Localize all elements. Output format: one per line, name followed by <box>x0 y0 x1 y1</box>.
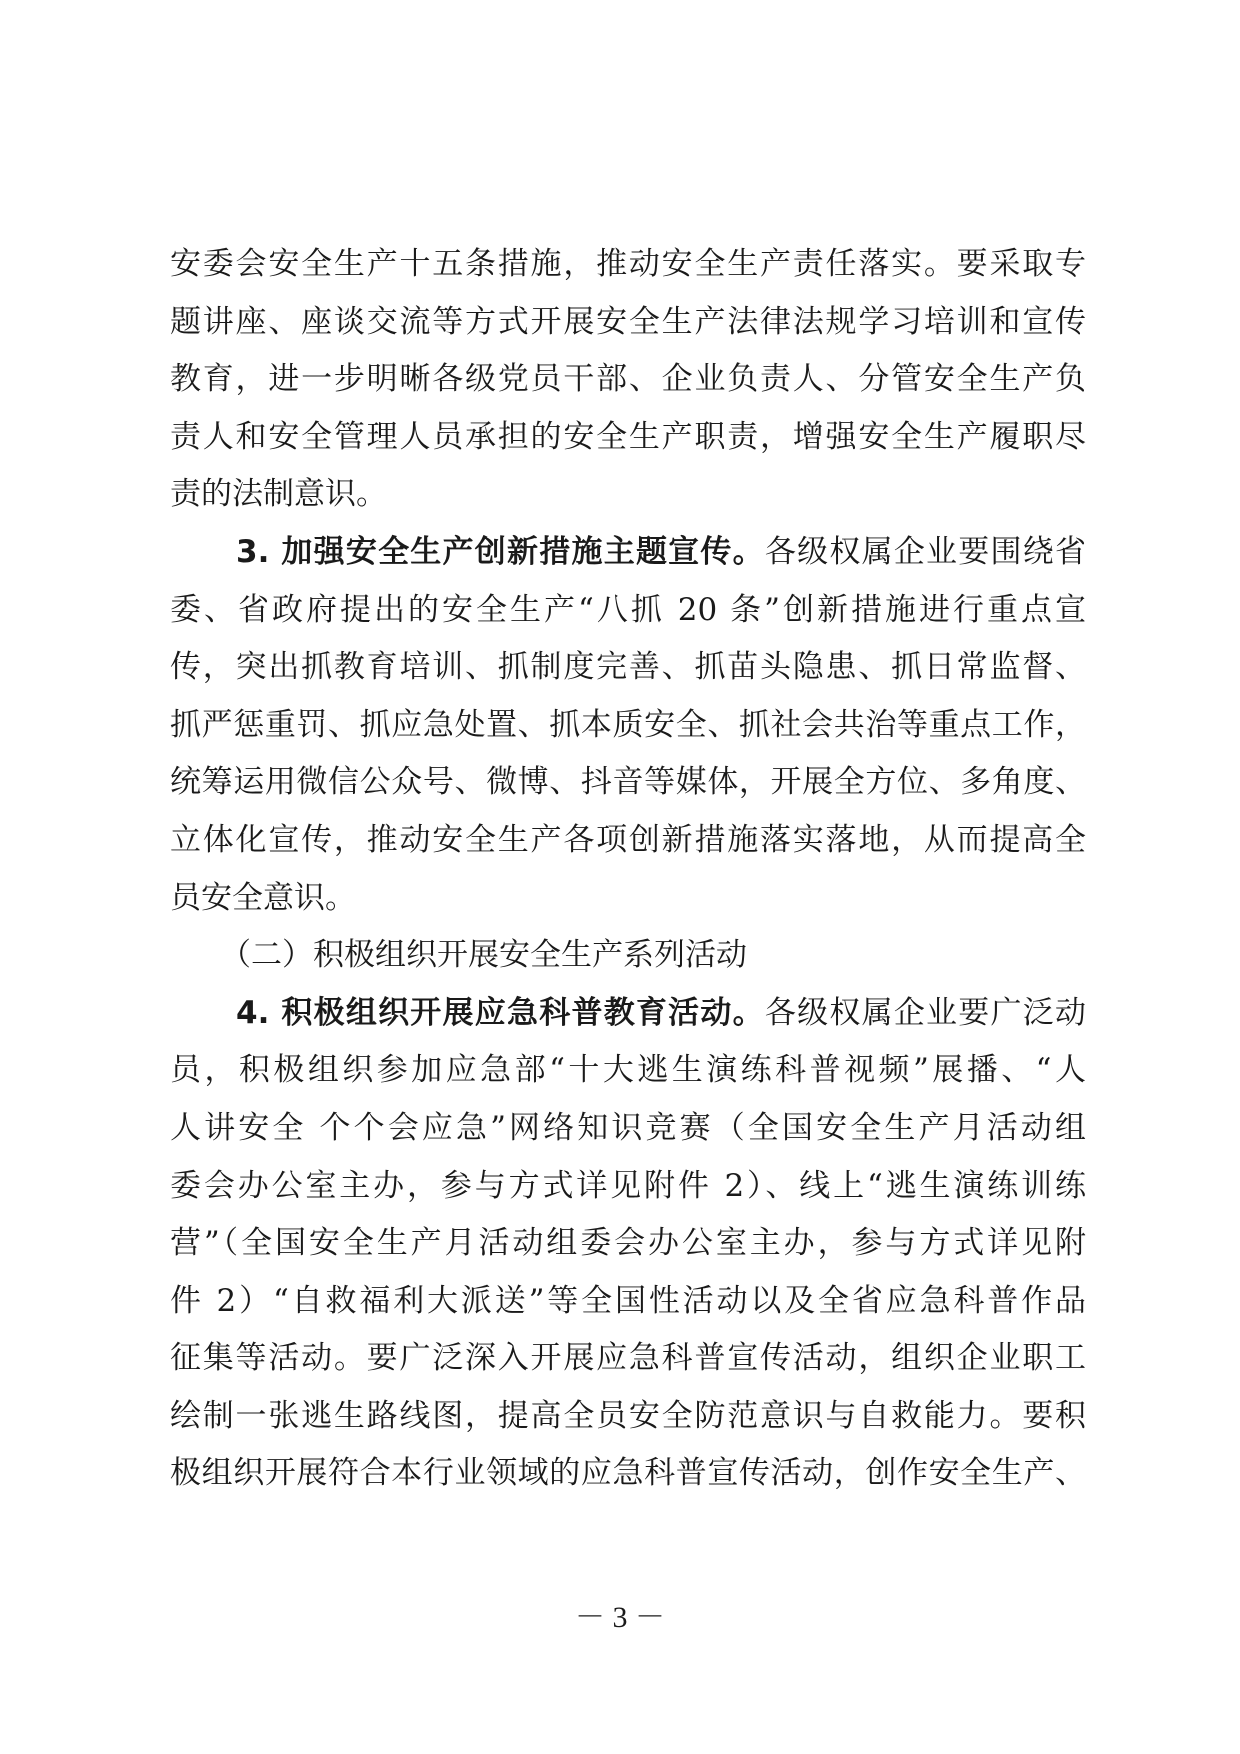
paragraph-line: 教育，进一步明晰各级党员干部、企业负责人、分管安全生产负 <box>170 351 1086 409</box>
item-4-first-line: 4. 积极组织开展应急科普教育活动。各级权属企业要广泛动 <box>170 985 1086 1043</box>
paragraph-line: 委会办公室主办，参与方式详见附件 2）、线上“逃生演练训练 <box>170 1158 1086 1216</box>
item-4-heading: 4. 积极组织开展应急科普教育活动。 <box>236 995 765 1031</box>
paragraph-line: 委、省政府提出的安全生产“八抓 20 条”创新措施进行重点宣 <box>170 582 1086 640</box>
paragraph-line: 责的法制意识。 <box>170 466 1086 524</box>
paragraph-line: 员安全意识。 <box>170 870 1086 928</box>
item-3-heading: 3. 加强安全生产创新措施主题宣传。 <box>236 534 765 570</box>
paragraph-line: 营”（全国安全生产月活动组委会办公室主办，参与方式详见附 <box>170 1215 1086 1273</box>
page-number: － 3 － <box>0 1598 1240 1638</box>
paragraph-line: 人讲安全 个个会应急”网络知识竞赛（全国安全生产月活动组 <box>170 1100 1086 1158</box>
section-heading: （二）积极组织开展安全生产系列活动 <box>170 927 1086 985</box>
paragraph-line: 安委会安全生产十五条措施，推动安全生产责任落实。要采取专 <box>170 236 1086 294</box>
paragraph-line: 统筹运用微信公众号、微博、抖音等媒体，开展全方位、多角度、 <box>170 754 1086 812</box>
item-4-text: 各级权属企业要广泛动 <box>765 995 1086 1031</box>
paragraph-line: 极组织开展符合本行业领域的应急科普宣传活动，创作安全生产、 <box>170 1445 1086 1503</box>
item-3-text: 各级权属企业要围绕省 <box>765 534 1086 570</box>
paragraph-line: 立体化宣传，推动安全生产各项创新措施落实落地，从而提高全 <box>170 812 1086 870</box>
paragraph-line: 题讲座、座谈交流等方式开展安全生产法律法规学习培训和宣传 <box>170 294 1086 352</box>
paragraph-line: 绘制一张逃生路线图，提高全员安全防范意识与自救能力。要积 <box>170 1388 1086 1446</box>
paragraph-line: 员，积极组织参加应急部“十大逃生演练科普视频”展播、“人 <box>170 1042 1086 1100</box>
document-page: 安委会安全生产十五条措施，推动安全生产责任落实。要采取专 题讲座、座谈交流等方式… <box>0 0 1240 1754</box>
paragraph-line: 传，突出抓教育培训、抓制度完善、抓苗头隐患、抓日常监督、 <box>170 639 1086 697</box>
paragraph-line: 抓严惩重罚、抓应急处置、抓本质安全、抓社会共治等重点工作， <box>170 697 1086 755</box>
paragraph-line: 征集等活动。要广泛深入开展应急科普宣传活动，组织企业职工 <box>170 1330 1086 1388</box>
paragraph-line: 责人和安全管理人员承担的安全生产职责，增强安全生产履职尽 <box>170 409 1086 467</box>
document-body: 安委会安全生产十五条措施，推动安全生产责任落实。要采取专 题讲座、座谈交流等方式… <box>170 236 1086 1503</box>
paragraph-line: 件 2）“自救福利大派送”等全国性活动以及全省应急科普作品 <box>170 1273 1086 1331</box>
item-3-first-line: 3. 加强安全生产创新措施主题宣传。各级权属企业要围绕省 <box>170 524 1086 582</box>
